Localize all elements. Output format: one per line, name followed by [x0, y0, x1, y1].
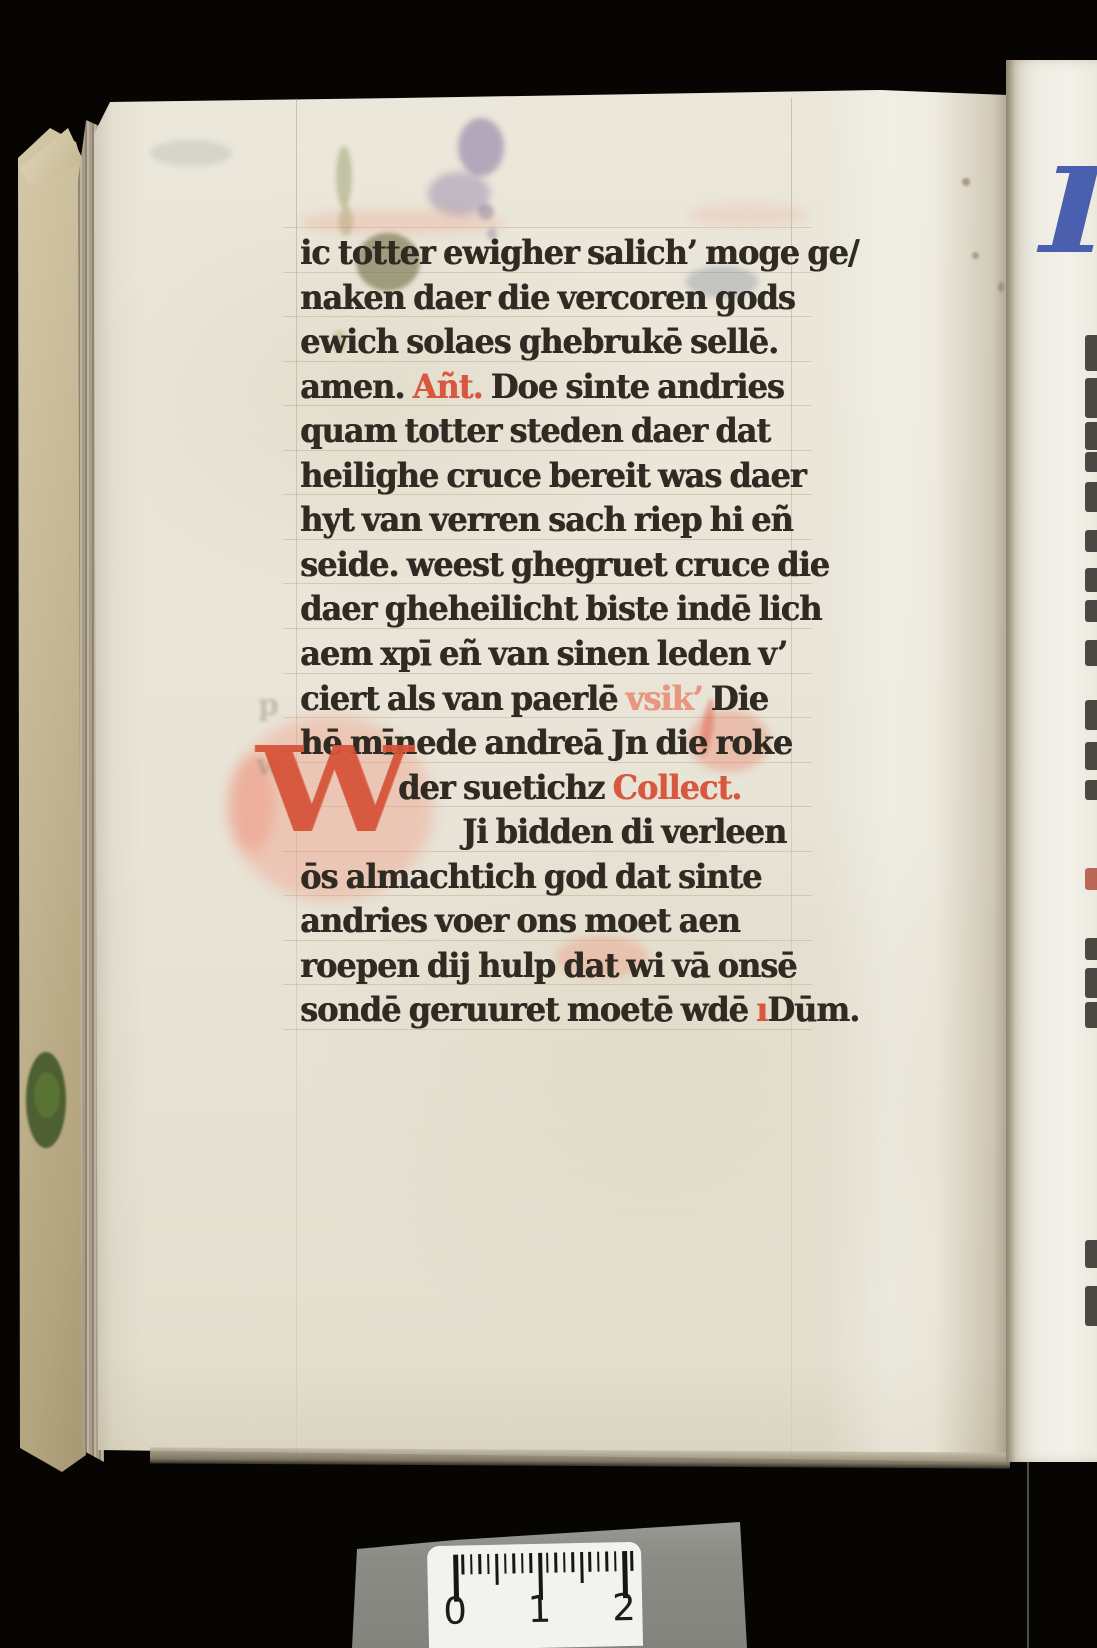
text-line: ciert als van paerlē vsik’ Die: [300, 678, 768, 718]
clipped-letter-fragment: [1085, 530, 1097, 552]
rubric: Añt.: [413, 366, 491, 406]
ruler-tick: [512, 1553, 515, 1573]
ruler-tick: [478, 1554, 481, 1574]
text-segment: ōs almachtich god dat sinte: [300, 856, 761, 896]
clipped-letter-fragment: [1085, 868, 1097, 890]
text-segment: Dūm.: [767, 989, 859, 1029]
clipped-letter-fragment: [1085, 1002, 1097, 1028]
facing-page-sliver: I: [1006, 60, 1097, 1462]
stain: [336, 146, 352, 208]
text-line: quam totter steden daer dat: [300, 410, 770, 450]
clipped-letter-fragment: [1085, 335, 1097, 371]
text-line: naken daer die vercoren gods: [300, 277, 795, 317]
text-segment: amen.: [300, 366, 413, 406]
text-segment: Doe sinte andries: [491, 366, 784, 406]
text-line: amen. Añt. Doe sinte andries: [300, 366, 784, 406]
clipped-letter-fragment: [1085, 1286, 1097, 1326]
ruler-tick: [495, 1554, 499, 1585]
ruler-label: 2: [612, 1586, 636, 1629]
text-segment: andries voer ons moet aen: [300, 900, 740, 940]
ruler-tick: [588, 1552, 591, 1572]
ruler-tick: [554, 1553, 557, 1573]
bleed-through-ghost: p: [258, 688, 279, 723]
ruler-tick: [470, 1554, 473, 1574]
clipped-letter-fragment: [1085, 968, 1097, 998]
text-line: roepen dij hulp dat wi vā onsē: [300, 945, 796, 985]
drop-cap-initial: W: [256, 731, 412, 849]
text-line: aem xpī eñ van sinen leden v’: [300, 633, 787, 673]
text-segment: heilighe cruce bereit was daer: [300, 455, 806, 495]
ruler-tick: [529, 1553, 532, 1573]
text-segment: roepen dij hulp dat wi vā onsē: [300, 945, 796, 985]
stain: [962, 178, 970, 186]
text-line: heilighe cruce bereit was daer: [300, 455, 806, 495]
text-segment: Die: [711, 678, 768, 718]
stain: [458, 118, 504, 176]
text-segment: ic totter ewigher salich’ moge ge/: [300, 232, 858, 272]
ruler-label: 1: [527, 1588, 551, 1631]
text-segment: ewich solaes ghebrukē sellē.: [300, 321, 778, 361]
ruler-tick: [563, 1552, 566, 1572]
rubric: vsik’: [626, 678, 711, 718]
ruler-tick: [605, 1551, 608, 1571]
text-segment: ciert als van paerlē: [300, 678, 626, 718]
text-line: hyt van verren sach riep hi eñ: [300, 499, 793, 539]
text-segment: Ji bidden di verleen: [462, 811, 786, 851]
blue-pen-initial: I: [1040, 152, 1097, 270]
rubric: Collect.: [612, 767, 741, 807]
ruler-tick: [614, 1551, 617, 1571]
ruler-tick: [462, 1554, 465, 1574]
text-line: der suetichz Collect.: [398, 767, 741, 807]
ruler-tick: [580, 1552, 584, 1583]
stain: [688, 204, 808, 226]
text-line: ōs almachtich god dat sinte: [300, 856, 761, 896]
clipped-letter-fragment: [1085, 600, 1097, 622]
ruler-tick: [521, 1553, 524, 1573]
ruler-tick: [597, 1552, 600, 1572]
clipped-letter-fragment: [1085, 422, 1097, 450]
text-line: andries voer ons moet aen: [300, 900, 740, 940]
text-line: daer gheheilicht biste indē lich: [300, 588, 821, 628]
text-line: ic totter ewigher salich’ moge ge/: [300, 232, 858, 272]
clipped-letter-fragment: [1085, 482, 1097, 512]
gutter-edge-line: [1027, 1460, 1029, 1648]
clipped-letter-fragment: [1085, 640, 1097, 666]
text-segment: daer gheheilicht biste indē lich: [300, 588, 821, 628]
ruler-tick: [546, 1553, 549, 1573]
stain: [300, 210, 505, 234]
text-segment: der suetichz: [398, 767, 612, 807]
text-line: sondē geruuret moetē wdē ıDūm.: [300, 989, 859, 1029]
rubric: ı: [756, 989, 767, 1029]
clipped-letter-fragment: [1085, 938, 1097, 960]
stain: [998, 282, 1004, 292]
stain: [34, 1072, 60, 1118]
clipped-letter-fragment: [1085, 700, 1097, 730]
clipped-letter-fragment: [1085, 1240, 1097, 1268]
text-segment: sondē geruuret moetē wdē: [300, 989, 756, 1029]
ruler-tick: [631, 1551, 634, 1571]
stain: [972, 252, 979, 259]
clipped-letter-fragment: [1085, 742, 1097, 770]
text-line: ewich solaes ghebrukē sellē.: [300, 321, 778, 361]
clipped-letter-fragment: [1085, 452, 1097, 472]
clipped-letter-fragment: [1085, 568, 1097, 592]
text-line: Ji bidden di verleen: [462, 811, 786, 851]
text-line: seide. weest ghegruet cruce die: [300, 544, 829, 584]
text-segment: hyt van verren sach riep hi eñ: [300, 499, 793, 539]
ruler-tick: [571, 1552, 574, 1572]
clipped-letter-fragment: [1085, 780, 1097, 800]
clipped-letter-fragment: [1085, 378, 1097, 418]
ruler-label: 0: [443, 1589, 467, 1632]
ruler-tick: [487, 1554, 490, 1574]
text-segment: quam totter steden daer dat: [300, 410, 770, 450]
ruler-sticker: 012: [427, 1542, 643, 1648]
book-cover-edge: [0, 0, 92, 1648]
text-segment: seide. weest ghegruet cruce die: [300, 544, 829, 584]
ruler-tick: [504, 1554, 507, 1574]
text-segment: naken daer die vercoren gods: [300, 277, 795, 317]
stain: [150, 140, 232, 166]
text-segment: aem xpī eñ van sinen leden v’: [300, 633, 787, 673]
